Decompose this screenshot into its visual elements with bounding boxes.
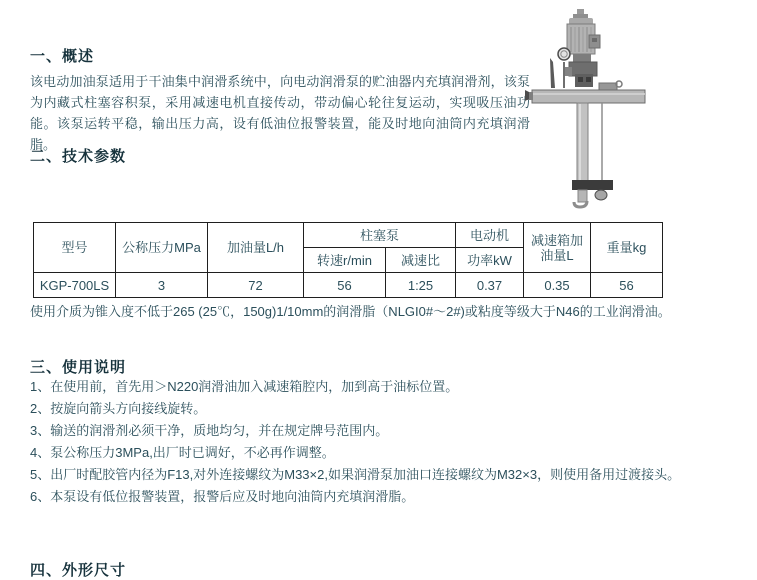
cell-ratio: 1:25 [386, 273, 456, 298]
cell-power: 0.37 [456, 273, 524, 298]
specs-section-title: 二、技术参数 [30, 145, 126, 166]
specs-data-row: KGP-700LS 3 72 56 1:25 0.37 0.35 56 [34, 273, 663, 298]
col-header-flow: 加油量L/h [208, 223, 304, 273]
pump-photo-illustration [523, 4, 665, 210]
instructions-list: 1、在使用前，首先用＞N220润滑油加入减速箱腔内，加到高于油标位置。 2、按旋… [30, 379, 752, 511]
instruction-item: 2、按旋向箭头方向接线旋转。 [30, 401, 752, 416]
medium-note: 使用介质为锥入度不低于265 (25℃，150g)1/10mm的润滑脂（NLGI… [30, 303, 745, 320]
overview-section-title: 一、概述 [30, 45, 94, 66]
col-header-plunger-pump: 柱塞泵 [304, 223, 456, 248]
col-header-pressure: 公称压力MPa [116, 223, 208, 273]
instruction-item: 3、输送的润滑剂必须干净，质地均匀，并在规定牌号范围内。 [30, 423, 752, 438]
col-header-ratio: 减速比 [386, 248, 456, 273]
col-header-motor: 电动机 [456, 223, 524, 248]
cell-weight: 56 [591, 273, 663, 298]
instructions-section-title: 三、使用说明 [30, 356, 126, 377]
dimensions-section-title: 四、外形尺寸 [30, 559, 126, 580]
instruction-item: 6、本泵设有低位报警装置，报警后应及时地向油筒内充填润滑脂。 [30, 489, 752, 504]
instruction-item: 4、泵公称压力3MPa,出厂时已调好，不必再作调整。 [30, 445, 752, 460]
cell-model: KGP-700LS [34, 273, 116, 298]
overview-paragraph: 该电动加油泵适用于干油集中润滑系统中，向电动润滑泵的贮油器内充填润滑剂，该泵为内… [30, 71, 530, 155]
instruction-item: 1、在使用前，首先用＞N220润滑油加入减速箱腔内，加到高于油标位置。 [30, 379, 752, 394]
pump-photo [523, 4, 665, 210]
cell-gearbox-oil: 0.35 [524, 273, 591, 298]
specs-table: 型号 公称压力MPa 加油量L/h 柱塞泵 电动机 减速箱加油量L 重量kg 转… [33, 222, 663, 298]
specs-header-row-1: 型号 公称压力MPa 加油量L/h 柱塞泵 电动机 减速箱加油量L 重量kg [34, 223, 663, 248]
cell-pressure: 3 [116, 273, 208, 298]
col-header-weight: 重量kg [591, 223, 663, 273]
cell-flow: 72 [208, 273, 304, 298]
col-header-power: 功率kW [456, 248, 524, 273]
col-header-speed: 转速r/min [304, 248, 386, 273]
product-document-page: 一、概述 该电动加油泵适用于干油集中润滑系统中，向电动润滑泵的贮油器内充填润滑剂… [0, 0, 757, 580]
cell-speed: 56 [304, 273, 386, 298]
col-header-model: 型号 [34, 223, 116, 273]
instruction-item: 5、出厂时配胶管内径为F13,对外连接螺纹为M33×2,如果润滑泵加油口连接螺纹… [30, 467, 752, 482]
col-header-gearbox-oil: 减速箱加油量L [524, 223, 591, 273]
